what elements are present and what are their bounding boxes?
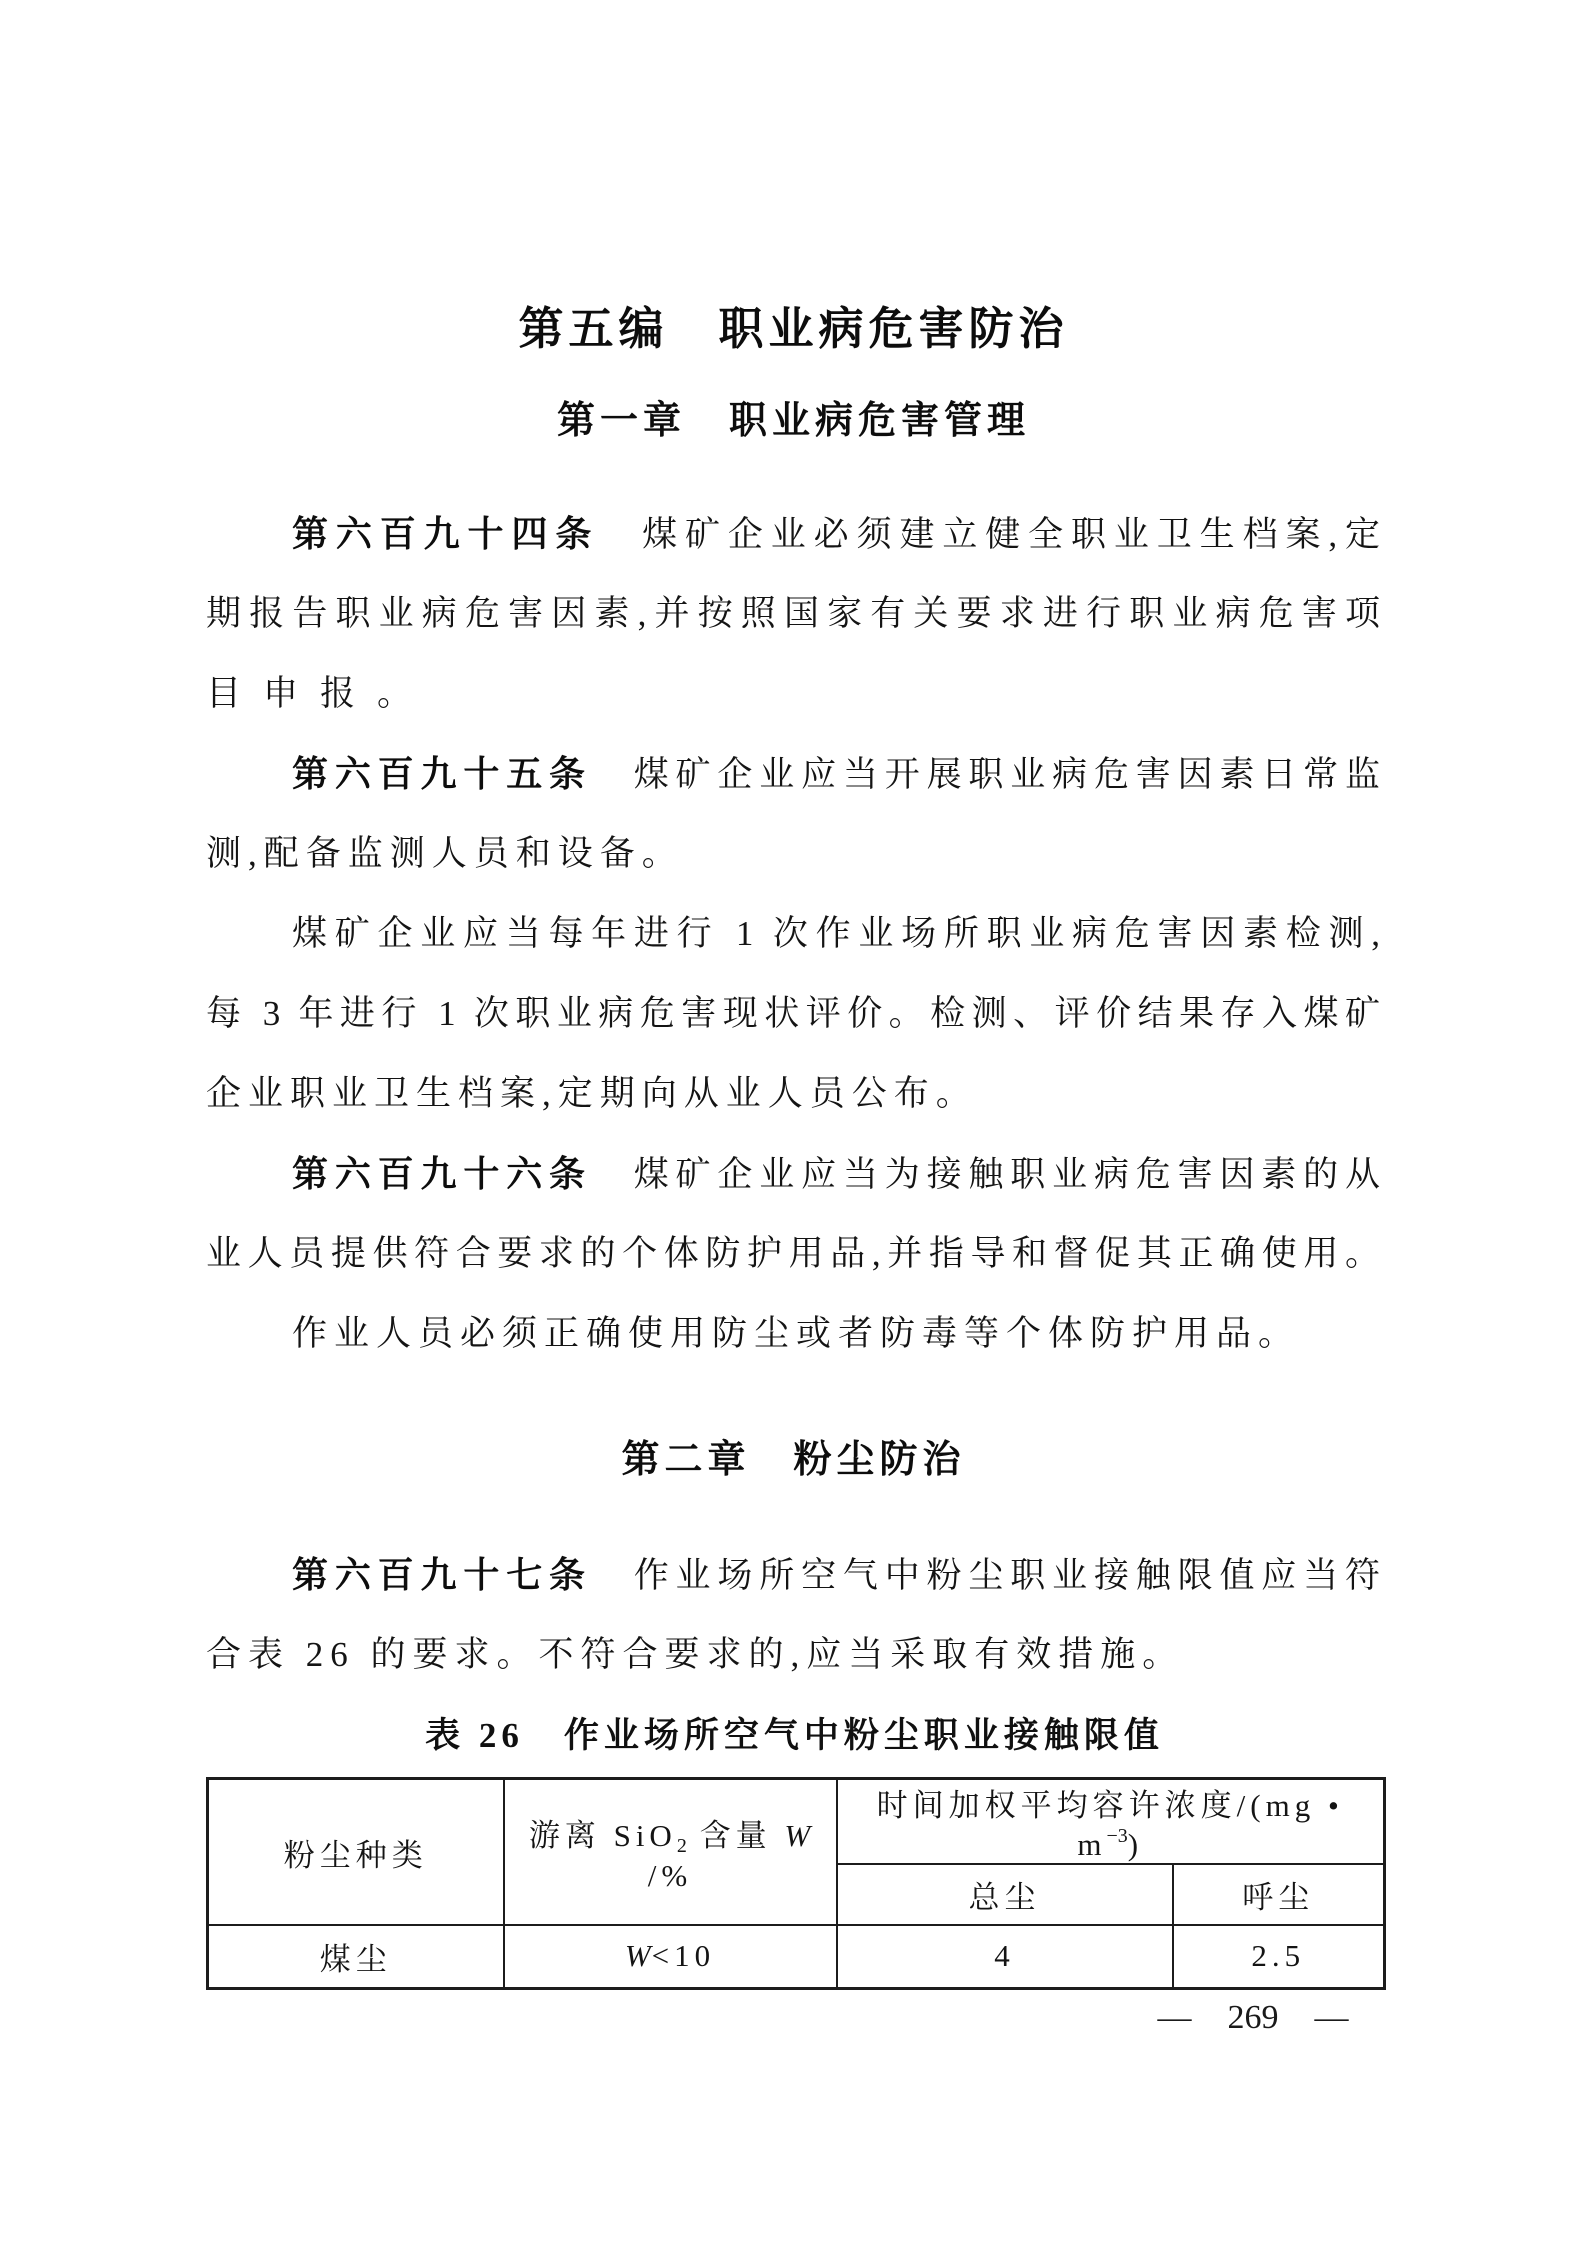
articles-block-2: 第六百九十七条 作业场所空气中粉尘职业接触限值应当符合表 26 的要求。不符合要…: [206, 1535, 1383, 1695]
article-text-line: 第六百九十四条 煤矿企业必须建立健全职业卫生档案,定: [206, 494, 1383, 574]
article-text: 煤矿企业应当开展职业病危害因素日常监: [592, 755, 1383, 794]
table-26-dust-exposure-limits: 粉尘种类 游离 SiO2 含量 W /% 时间加权平均容许浓度/(mg • m−…: [206, 1777, 1386, 1990]
page-number: 269: [1228, 1999, 1279, 2037]
article-number: 第六百九十六条: [292, 1153, 592, 1194]
w-range-rest: <10: [652, 1938, 715, 1973]
footer-dash-right: —: [1315, 1999, 1349, 2037]
article-text: 煤矿企业应当每年进行 1 次作业场所职业病危害因素检测,: [292, 914, 1383, 953]
article-text-line: 测,配备监测人员和设备。: [206, 814, 1383, 894]
table-row-coal-dust: 煤尘 W<10 4 2.5: [208, 1925, 1385, 1988]
article-text: 煤矿企业应当为接触职业病危害因素的从: [592, 1155, 1383, 1194]
twa-suffix: ): [1128, 1827, 1143, 1862]
article-text-line: 作业人员必须正确使用防尘或者防毒等个体防护用品。: [206, 1294, 1383, 1374]
table-header-total-dust: 总尘: [837, 1864, 1173, 1925]
article-text: 业人员提供符合要求的个体防护用品,并指导和督促其正确使用。: [206, 1234, 1383, 1273]
article-number: 第六百九十四条: [292, 513, 599, 554]
sio2-mid: 含量: [687, 1818, 785, 1853]
article-text-line: 煤矿企业应当每年进行 1 次作业场所职业病危害因素检测,: [206, 894, 1383, 974]
article-text: 作业人员必须正确使用防尘或者防毒等个体防护用品。: [292, 1314, 1300, 1353]
cell-dust-type-coal: 煤尘: [208, 1925, 504, 1988]
chapter-1-title: 第一章 职业病危害管理: [0, 380, 1587, 462]
article-text: 合表 26 的要求。不符合要求的,应当采取有效措施。: [206, 1635, 1184, 1674]
cell-respirable-dust-limit: 2.5: [1173, 1925, 1385, 1988]
table-26-caption: 表 26 作业场所空气中粉尘职业接触限值: [206, 1700, 1383, 1772]
article-text: 目申报。: [206, 674, 434, 713]
article-text-line: 业人员提供符合要求的个体防护用品,并指导和督促其正确使用。: [206, 1214, 1383, 1294]
table-header-free-sio2-content: 游离 SiO2 含量 W /%: [504, 1779, 837, 1926]
articles-block-1: 第六百九十四条 煤矿企业必须建立健全职业卫生档案,定期报告职业病危害因素,并按照…: [206, 494, 1383, 1374]
table-header-respirable-dust: 呼尘: [1173, 1864, 1385, 1925]
chapter-2-title: 第二章 粉尘防治: [0, 1419, 1587, 1501]
article-text: 作业场所空气中粉尘职业接触限值应当符: [592, 1556, 1383, 1595]
article-text-line: 第六百九十五条 煤矿企业应当开展职业病危害因素日常监: [206, 734, 1383, 814]
article-number: 第六百九十五条: [292, 753, 592, 794]
sio2-prefix: 游离 SiO: [529, 1818, 677, 1853]
footer-dash-left: —: [1158, 1999, 1192, 2037]
sio2-subscript: 2: [677, 1835, 687, 1857]
twa-superscript: −3: [1107, 1825, 1128, 1847]
article-text-line: 企业职业卫生档案,定期向从业人员公布。: [206, 1054, 1383, 1134]
article-text: 煤矿企业必须建立健全职业卫生档案,定: [599, 515, 1383, 554]
sio2-variable-w: W: [784, 1818, 811, 1853]
page-footer: — 269 —: [1103, 1997, 1403, 2039]
table-header-dust-type: 粉尘种类: [208, 1779, 504, 1926]
article-number: 第六百九十七条: [292, 1554, 592, 1595]
article-text: 测,配备监测人员和设备。: [206, 834, 684, 873]
table-header-twa-concentration: 时间加权平均容许浓度/(mg • m−3): [837, 1779, 1385, 1865]
document-page: 第五编 职业病危害防治 第一章 职业病危害管理 第六百九十四条 煤矿企业必须建立…: [0, 0, 1587, 2245]
article-text-line: 每 3 年进行 1 次职业病危害现状评价。检测、评价结果存入煤矿: [206, 974, 1383, 1054]
cell-total-dust-limit: 4: [837, 1925, 1173, 1988]
article-text: 期报告职业病危害因素,并按照国家有关要求进行职业病危害项: [206, 594, 1383, 633]
cell-sio2-range: W<10: [504, 1925, 837, 1988]
article-text-line: 目申报。: [206, 654, 1383, 734]
sio2-suffix: /%: [648, 1858, 692, 1893]
article-text-line: 合表 26 的要求。不符合要求的,应当采取有效措施。: [206, 1615, 1383, 1695]
part-title: 第五编 职业病危害防治: [0, 286, 1587, 372]
article-text: 企业职业卫生档案,定期向从业人员公布。: [206, 1074, 978, 1113]
article-text-line: 第六百九十七条 作业场所空气中粉尘职业接触限值应当符: [206, 1535, 1383, 1615]
w-variable: W: [625, 1938, 652, 1973]
article-text: 每 3 年进行 1 次职业病危害现状评价。检测、评价结果存入煤矿: [206, 994, 1383, 1033]
article-text-line: 期报告职业病危害因素,并按照国家有关要求进行职业病危害项: [206, 574, 1383, 654]
article-text-line: 第六百九十六条 煤矿企业应当为接触职业病危害因素的从: [206, 1134, 1383, 1214]
